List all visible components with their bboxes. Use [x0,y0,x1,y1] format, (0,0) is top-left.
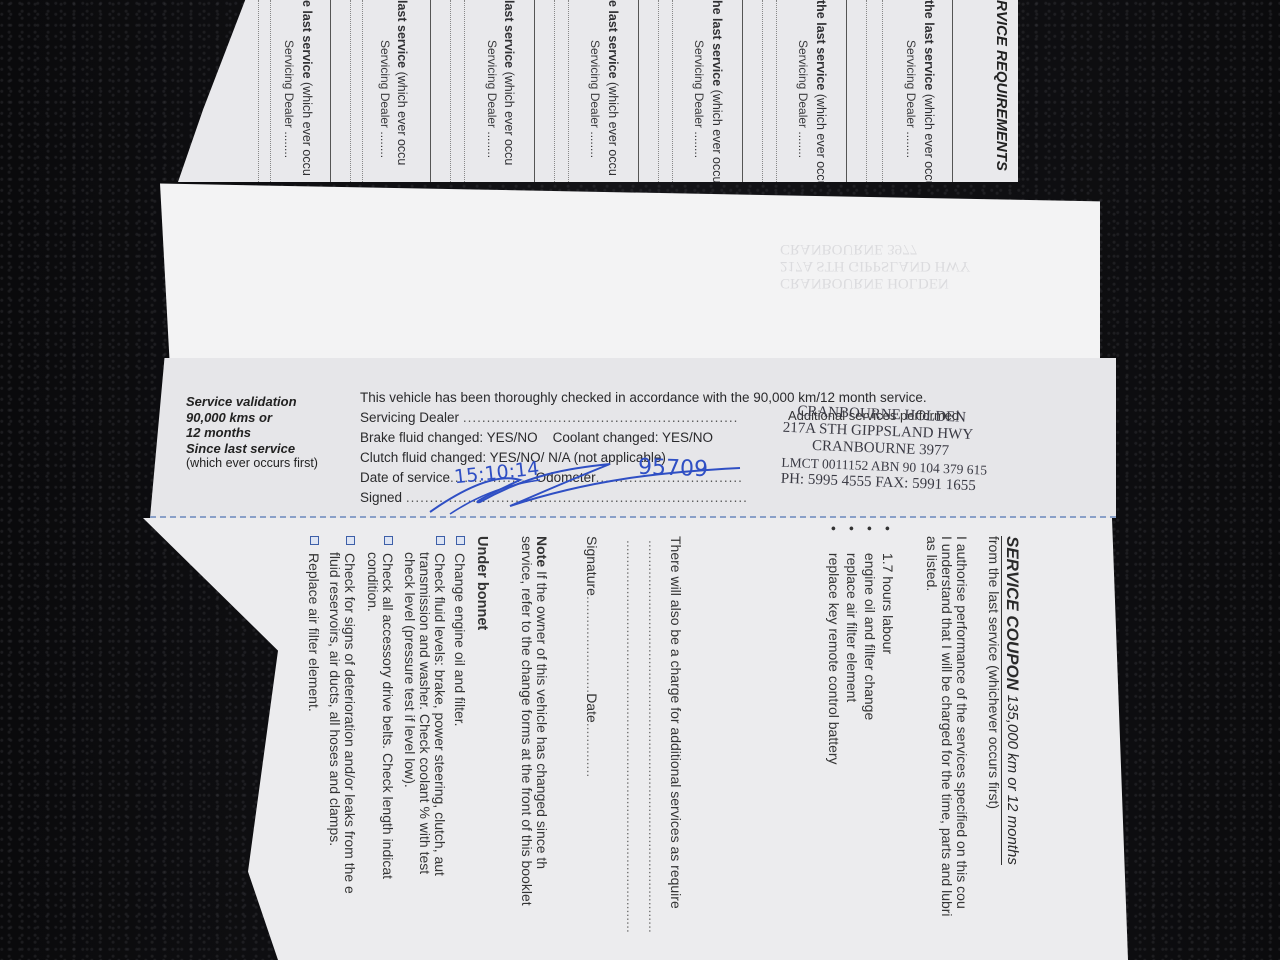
row-dealer: Servicing Dealer ........ [378,40,392,158]
requirement-row: e last service (which ever occu Servicin… [534,0,639,182]
perforation-line [150,516,1116,518]
under-bonnet-heading: Under bonnet [474,536,489,630]
checkbox-icon[interactable] [310,536,319,545]
row-dealer: Servicing Dealer ........ [485,40,499,158]
blank-page-showthrough: CRANBOURNE HOLDEN 217A STH GIPPSLAND HWY… [160,180,1100,358]
requirement-row: the last service (which ever occu Servic… [742,0,847,182]
row-text: he last service (which ever occu [710,0,724,182]
bullet-item: replace air filter element [844,526,859,702]
requirement-row: e last service (which ever occu Servicin… [238,0,331,182]
authorise-line-2: I understand that I will be charged for … [939,536,954,917]
checkbox-icon[interactable] [384,536,393,545]
requirements-heading: RVICE REQUIREMENTS [993,0,1010,171]
checkbox-icon[interactable] [456,536,465,545]
additional-charge-text: There will also be a charge for addition… [668,536,683,909]
service-requirements-page: e last service (which ever occu Servicin… [178,0,1018,182]
checklist-item-cont: fluid reservoirs, air ducts, all hoses a… [327,552,342,846]
checklist-item[interactable]: Change engine oil and filter. [452,536,467,727]
checklist-item[interactable]: Check fluid levels: brake, power steerin… [432,536,447,876]
checklist-item-cont: transmission and washer. Check coolant %… [417,552,432,874]
bullet-item: engine oil and filter change [862,526,877,720]
checkbox-icon[interactable] [346,536,355,545]
checklist-item[interactable]: Replace air filter element. [306,536,321,712]
requirement-row: the last service (which ever occu Servic… [846,0,953,182]
checklist-item[interactable]: Check for signs of deterioration and/or … [342,536,357,894]
note-line-2: service, refer to the change forms at th… [519,536,534,906]
authorise-line-1: I authorise performance of the services … [954,536,969,909]
ghost-stamp: CRANBOURNE HOLDEN 217A STH GIPPSLAND HWY… [780,240,970,291]
coupon-subtitle: from the last service (whichever occurs … [986,536,1001,809]
bullet-item: replace key remote control battery [826,526,841,765]
coupon-heading: SERVICE COUPON 135,000 km or 12 months [1004,536,1020,865]
row-text: the last service (which ever occu [814,0,828,182]
note-line-1: Note If the owner of this vehicle has ch… [534,536,549,869]
service-validation-section: Service validation 90,000 kms or 12 mont… [150,358,1116,518]
service-coupon-page: SERVICE COUPON 135,000 km or 12 months f… [128,518,1128,960]
row-dealer: Servicing Dealer ........ [796,40,810,158]
row-text: e last service (which ever occu [300,0,314,176]
row-text: last service (which ever occu [395,0,409,165]
authorise-line-3: as listed. [924,536,939,591]
dotted-line: ........................................… [646,540,661,933]
row-text: the last service (which ever occu [922,0,936,182]
signature-scribble [410,454,770,518]
checklist-item[interactable]: Check all accessory drive belts. Check l… [380,536,395,879]
dotted-line: ........................................… [624,540,639,933]
row-dealer: Servicing Dealer ........ [692,40,706,158]
row-dealer: Servicing Dealer ........ [588,40,602,158]
row-text: last service (which ever occu [502,0,516,165]
requirement-row: last service (which ever occu Servicing … [330,0,431,182]
signature-date-row: Signature.........................Date..… [584,536,599,777]
checklist-item-cont: condition. [365,552,380,612]
dealer-stamp: CRANBOURNE HOLDEN 217A STH GIPPSLAND HWY… [780,403,1005,496]
bullet-item: 1.7 hours labour [880,526,895,654]
requirement-row: last service (which ever occu Servicing … [430,0,535,182]
row-text: e last service (which ever occu [606,0,620,176]
checkbox-icon[interactable] [436,536,445,545]
requirement-row: he last service (which ever occu Servici… [638,0,743,182]
row-dealer: Servicing Dealer ........ [904,40,918,158]
row-dealer: Servicing Dealer ........ [282,40,296,158]
checklist-item-cont: check level (pressure test if level low)… [402,552,417,788]
validation-label: Service validation 90,000 kms or 12 mont… [186,394,318,472]
